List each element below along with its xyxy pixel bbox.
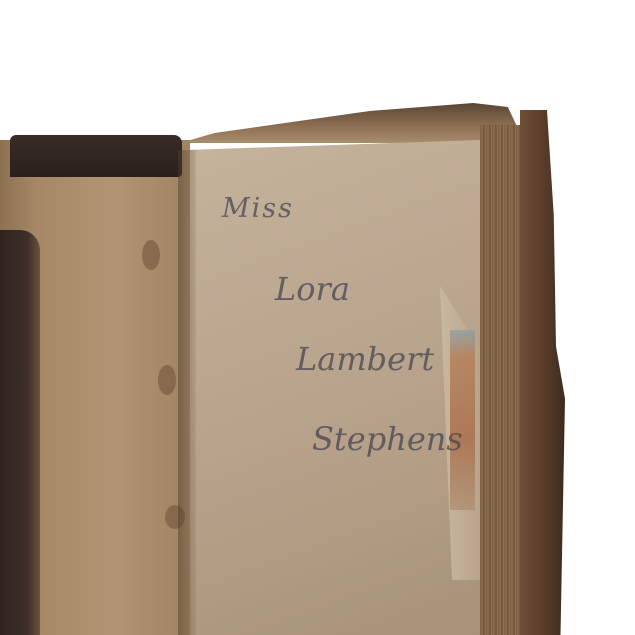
inscription-line-miss: Miss [222, 193, 294, 224]
inscription-line-middle-name: Lambert [296, 340, 434, 378]
cloth-binding-strip [10, 135, 182, 177]
gutter-shadow [178, 150, 196, 635]
book-photo: Miss Lora Lambert Stephens [0, 0, 635, 635]
top-board-edge [180, 103, 525, 143]
inscription-line-surname: Stephens [312, 420, 463, 458]
inscription-line-first-name: Lora [275, 270, 350, 308]
back-cover-board [520, 110, 565, 635]
left-spine-cloth [0, 230, 40, 635]
stain-spot [142, 240, 160, 270]
stain-spot [158, 365, 176, 395]
